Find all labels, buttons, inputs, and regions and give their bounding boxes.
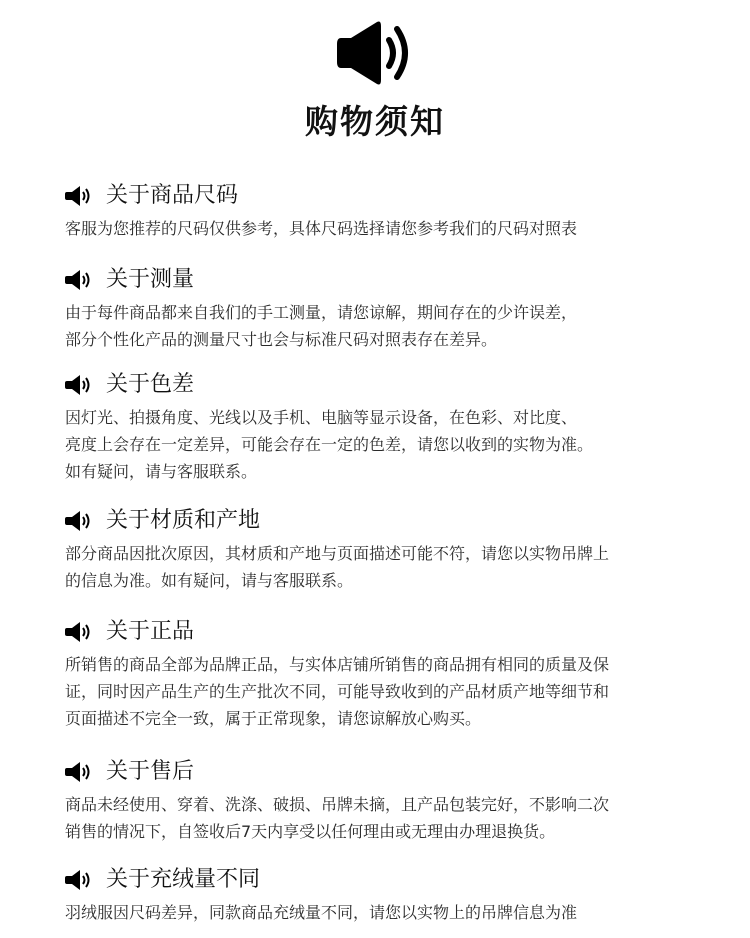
section-body: 由于每件商品都来自我们的手工测量，请您谅解，期间存在的少许误差， 部分个性化产品… xyxy=(65,299,695,353)
speaker-icon xyxy=(65,870,95,890)
speaker-icon xyxy=(65,511,95,531)
section-title: 关于材质和产地 xyxy=(106,506,260,536)
body-line: 页面描述不完全一致，属于正常现象，请您谅解放心购买。 xyxy=(65,705,695,732)
body-line: 部分商品因批次原因，其材质和产地与页面描述可能不符，请您以实物吊牌上 xyxy=(65,540,695,567)
body-line: 商品未经使用、穿着、洗涤、破损、吊牌未摘，且产品包装完好，不影响二次 xyxy=(65,791,695,818)
body-line: 如有疑问，请与客服联系。 xyxy=(65,458,695,485)
section-measurement: 关于测量 由于每件商品都来自我们的手工测量，请您谅解，期间存在的少许误差， 部分… xyxy=(65,265,695,353)
body-line: 所销售的商品全部为品牌正品，与实体店铺所销售的商品拥有相同的质量及保 xyxy=(65,651,695,678)
section-body: 因灯光、拍摄角度、光线以及手机、电脑等显示设备，在色彩、对比度、 亮度上会存在一… xyxy=(65,404,695,485)
body-line: 客服为您推荐的尺码仅供参考，具体尺码选择请您参考我们的尺码对照表 xyxy=(65,215,695,242)
section-body: 客服为您推荐的尺码仅供参考，具体尺码选择请您参考我们的尺码对照表 xyxy=(65,215,695,242)
section-size: 关于商品尺码 客服为您推荐的尺码仅供参考，具体尺码选择请您参考我们的尺码对照表 xyxy=(65,181,695,242)
section-body: 商品未经使用、穿着、洗涤、破损、吊牌未摘，且产品包装完好，不影响二次 销售的情况… xyxy=(65,791,695,845)
body-line: 羽绒服因尺码差异，同款商品充绒量不同，请您以实物上的吊牌信息为准 xyxy=(65,899,695,926)
section-authentic: 关于正品 所销售的商品全部为品牌正品，与实体店铺所销售的商品拥有相同的质量及保 … xyxy=(65,617,695,732)
section-body: 羽绒服因尺码差异，同款商品充绒量不同，请您以实物上的吊牌信息为准 xyxy=(65,899,695,926)
section-after-sales: 关于售后 商品未经使用、穿着、洗涤、破损、吊牌未摘，且产品包装完好，不影响二次 … xyxy=(65,757,695,845)
section-down-fill: 关于充绒量不同 羽绒服因尺码差异，同款商品充绒量不同，请您以实物上的吊牌信息为准 xyxy=(65,865,695,926)
speaker-icon xyxy=(337,20,413,86)
speaker-icon xyxy=(65,186,95,206)
speaker-icon xyxy=(65,762,95,782)
body-line: 由于每件商品都来自我们的手工测量，请您谅解，期间存在的少许误差， xyxy=(65,299,695,326)
body-line: 证，同时因产品生产的生产批次不同，可能导致收到的产品材质产地等细节和 xyxy=(65,678,695,705)
section-title: 关于售后 xyxy=(106,757,194,787)
section-title: 关于商品尺码 xyxy=(106,181,238,211)
body-line: 销售的情况下，自签收后7天内享受以任何理由或无理由办理退换货。 xyxy=(65,818,695,845)
body-line: 部分个性化产品的测量尺寸也会与标准尺码对照表存在差异。 xyxy=(65,326,695,353)
section-title: 关于色差 xyxy=(106,370,194,400)
speaker-icon xyxy=(65,622,95,642)
body-line: 亮度上会存在一定差异，可能会存在一定的色差，请您以收到的实物为准。 xyxy=(65,431,695,458)
section-body: 所销售的商品全部为品牌正品，与实体店铺所销售的商品拥有相同的质量及保 证，同时因… xyxy=(65,651,695,732)
section-title: 关于充绒量不同 xyxy=(106,865,260,895)
section-material-origin: 关于材质和产地 部分商品因批次原因，其材质和产地与页面描述可能不符，请您以实物吊… xyxy=(65,506,695,594)
section-body: 部分商品因批次原因，其材质和产地与页面描述可能不符，请您以实物吊牌上 的信息为准… xyxy=(65,540,695,594)
page-title: 购物须知 xyxy=(0,96,750,143)
body-line: 的信息为准。如有疑问，请与客服联系。 xyxy=(65,567,695,594)
section-color-difference: 关于色差 因灯光、拍摄角度、光线以及手机、电脑等显示设备，在色彩、对比度、 亮度… xyxy=(65,370,695,485)
section-title: 关于正品 xyxy=(106,617,194,647)
section-title: 关于测量 xyxy=(106,265,194,295)
speaker-icon xyxy=(65,375,95,395)
speaker-icon xyxy=(65,270,95,290)
body-line: 因灯光、拍摄角度、光线以及手机、电脑等显示设备，在色彩、对比度、 xyxy=(65,404,695,431)
